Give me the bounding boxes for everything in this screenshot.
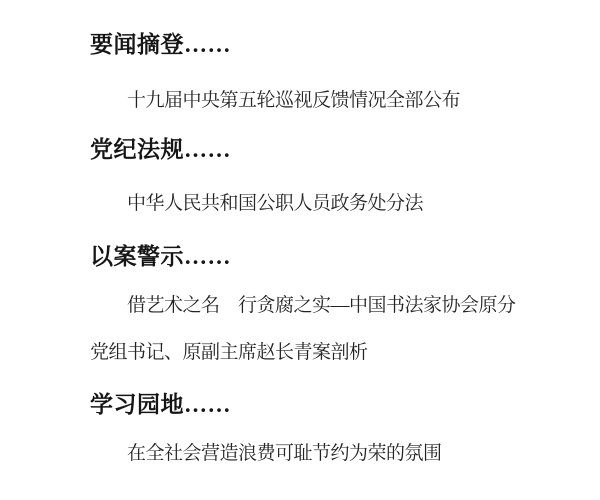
toc-entry: 借艺术之名 行贪腐之实—中国书法家协会原分 xyxy=(127,296,516,315)
toc-entry: 在全社会营造浪费可耻节约为荣的氛围 xyxy=(127,444,442,463)
toc-section-heading-xuexiyuandi: 学习园地…… xyxy=(90,393,231,416)
document-page: 要闻摘登…… 十九届中央第五轮巡视反馈情况全部公布 党纪法规…… 中华人民共和国… xyxy=(0,0,600,500)
toc-entry: 中华人民共和国公职人员政务处分法 xyxy=(127,194,423,213)
toc-entry-continuation: 党组书记、原副主席赵长青案剖析 xyxy=(90,343,368,362)
toc-section-heading-yianjingshi: 以案警示…… xyxy=(90,245,231,268)
toc-section-heading-dangjifagui: 党纪法规…… xyxy=(90,138,231,161)
toc-entry: 十九届中央第五轮巡视反馈情况全部公布 xyxy=(127,91,460,110)
toc-section-heading-yaowenzhaideng: 要闻摘登…… xyxy=(90,33,231,56)
